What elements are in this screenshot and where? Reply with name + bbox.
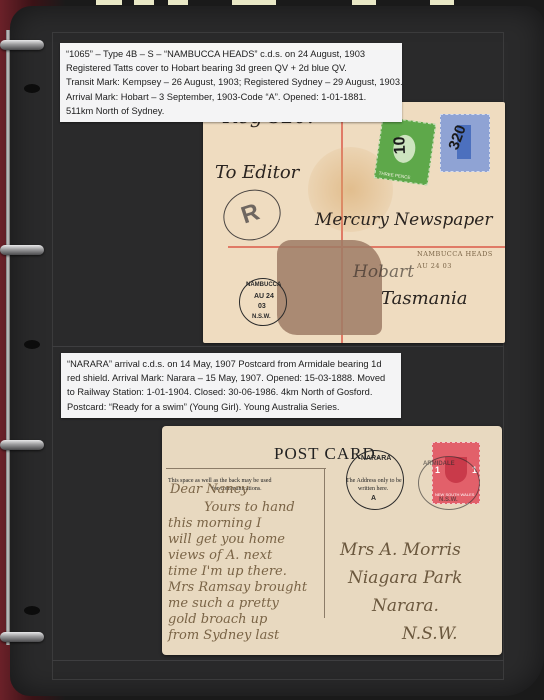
caption-card-2: “NARARA” arrival c.d.s. on 14 May, 1907 … <box>61 353 401 418</box>
address-line: Narara. <box>372 596 439 616</box>
caption-line: “1065” – Type 4B – S – “NAMBUCCA HEADS” … <box>66 47 396 61</box>
caption-line: “NARARA” arrival c.d.s. on 14 May, 1907 … <box>67 357 395 371</box>
punch-hole <box>24 340 40 349</box>
message-line: views of A. next <box>168 548 272 563</box>
address-line: To Editor <box>215 162 299 183</box>
page-tab <box>430 0 454 5</box>
message-line: time I'm up there. <box>168 564 287 579</box>
pencil-note: AU 24 03 <box>417 262 452 270</box>
address-line: Hobart <box>353 262 414 282</box>
page-tab <box>134 0 154 5</box>
registration-oval: R <box>217 182 288 247</box>
binder-bar <box>6 30 10 645</box>
message-line: gold broach up <box>168 612 267 627</box>
punch-hole <box>24 84 40 93</box>
caption-line: 511km North of Sydney. <box>66 104 396 118</box>
stamp-2d-blue-qv[interactable]: 320 <box>440 114 490 172</box>
caption-line: Registered Tatts cover to Hobart bearing… <box>66 61 396 75</box>
numeral-cancel: 10 <box>391 136 410 154</box>
narara-postmark: NARARA A <box>346 450 404 510</box>
caption-line: to Railway Station: 1-01-1904. Closed: 3… <box>67 385 395 399</box>
binder-ring[interactable] <box>0 40 44 50</box>
page-tab <box>352 0 376 5</box>
address-line: Tasmania <box>381 288 467 309</box>
caption-line: Postcard: “Ready for a swim” (Young Girl… <box>67 400 395 414</box>
strip-divider <box>52 660 504 661</box>
registered-cover[interactable]: Reg 320. To Editor Mercury Newspaper Hob… <box>203 102 505 343</box>
address-line: Mercury Newspaper <box>315 210 493 230</box>
binder-ring[interactable] <box>0 440 44 450</box>
stamp-inscription: THREE PENCE <box>378 171 410 180</box>
message-line: me such a pretty <box>168 596 279 611</box>
message-line: from Sydney last <box>168 628 279 643</box>
address-line: Mrs A. Morris <box>340 540 461 560</box>
message-line: Mrs Ramsay brought <box>168 580 307 595</box>
caption-line: Arrival Mark: Hobart – 3 September, 1903… <box>66 90 396 104</box>
binder-ring[interactable] <box>0 632 44 642</box>
caption-line: Transit Mark: Kempsey – 26 August, 1903;… <box>66 75 396 89</box>
address-line: N.S.W. <box>402 624 458 644</box>
message-line: Yours to hand <box>204 500 295 515</box>
page-tab <box>168 0 188 5</box>
binder-ring[interactable] <box>0 245 44 255</box>
punch-hole <box>24 606 40 615</box>
postcard[interactable]: POST CARD. This space as well as the bac… <box>162 426 502 655</box>
caption-line: red shield. Arrival Mark: Narara – 15 Ma… <box>67 371 395 385</box>
strip-divider <box>52 346 504 347</box>
message-line: will get you home <box>168 532 285 547</box>
divider-line <box>166 468 326 469</box>
nambucca-postmark: NAMBUCCA AU 24 03 N.S.W. <box>239 278 287 326</box>
registration-letter: R <box>238 198 263 230</box>
page-tab <box>232 0 276 5</box>
message-line: this morning I <box>168 516 261 531</box>
page-tab <box>96 0 122 5</box>
pencil-note: NAMBUCCA HEADS <box>417 250 493 258</box>
address-line: Niagara Park <box>348 568 462 588</box>
message-line: Dear Nancy <box>170 482 248 497</box>
stamp-3d-green-qv[interactable]: 10 THREE PENCE <box>374 117 436 186</box>
divider-line <box>324 468 325 618</box>
ink-stain <box>277 240 382 335</box>
caption-card-1: “1065” – Type 4B – S – “NAMBUCCA HEADS” … <box>60 43 402 122</box>
armidale-postmark: ARMIDALE N.S.W. <box>418 456 480 510</box>
